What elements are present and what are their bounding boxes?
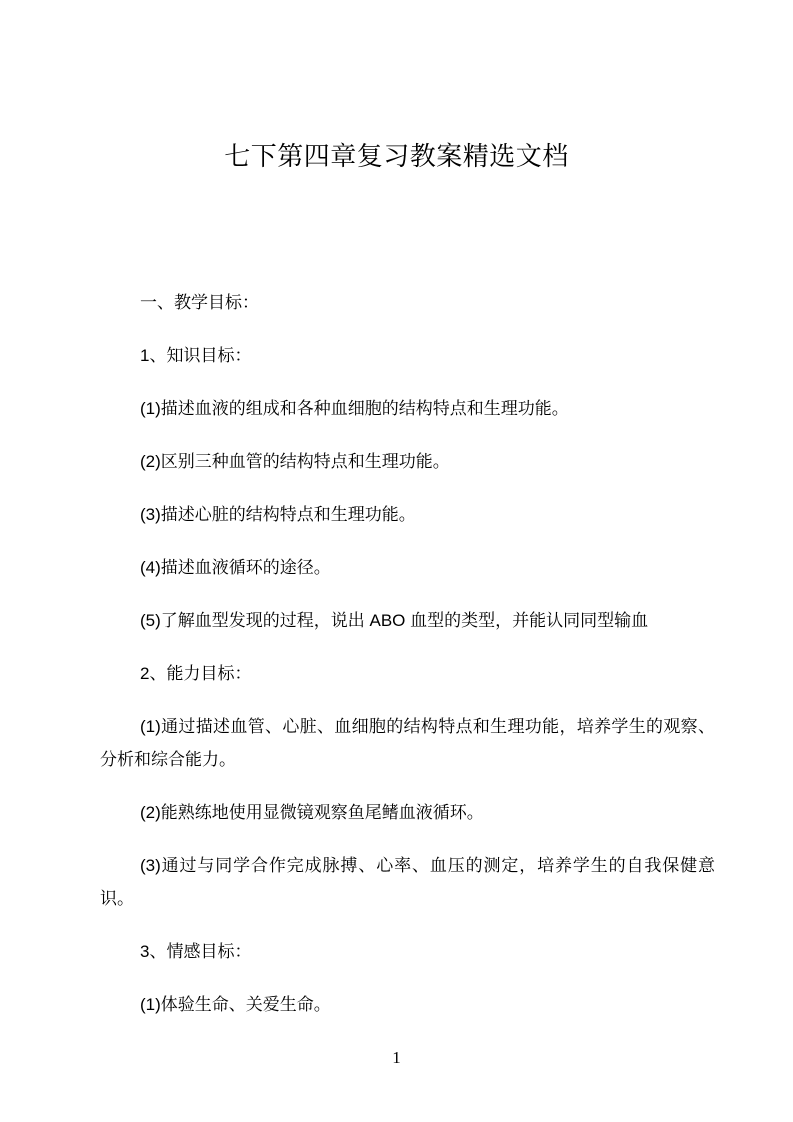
document-title: 七下第四章复习教案精选文档 <box>0 136 793 173</box>
document-page: 七下第四章复习教案精选文档 一、教学目标：1、知识目标：(1)描述血液的组成和各… <box>0 0 793 1122</box>
paragraph: 2、能力目标： <box>100 657 715 690</box>
paragraph: 一、教学目标： <box>100 286 715 319</box>
paragraph: (1)通过描述血管、心脏、血细胞的结构特点和生理功能，培养学生的观察、分析和综合… <box>100 710 715 776</box>
paragraph: (1)描述血液的组成和各种血细胞的结构特点和生理功能。 <box>100 392 715 425</box>
paragraph: (5)了解血型发现的过程，说出 ABO 血型的类型，并能认同同型输血 <box>100 604 715 637</box>
paragraph: (2)能熟练地使用显微镜观察鱼尾鳍血液循环。 <box>100 796 715 829</box>
document-body: 一、教学目标：1、知识目标：(1)描述血液的组成和各种血细胞的结构特点和生理功能… <box>100 286 715 1041</box>
paragraph: (1)体验生命、关爱生命。 <box>100 988 715 1021</box>
page-number: 1 <box>0 1048 793 1068</box>
paragraph: (3)描述心脏的结构特点和生理功能。 <box>100 498 715 531</box>
paragraph: (2)区别三种血管的结构特点和生理功能。 <box>100 445 715 478</box>
paragraph: (3)通过与同学合作完成脉搏、心率、血压的测定，培养学生的自我保健意识。 <box>100 849 715 915</box>
paragraph: (4)描述血液循环的途径。 <box>100 551 715 584</box>
paragraph: 3、情感目标： <box>100 935 715 968</box>
paragraph: 1、知识目标： <box>100 339 715 372</box>
